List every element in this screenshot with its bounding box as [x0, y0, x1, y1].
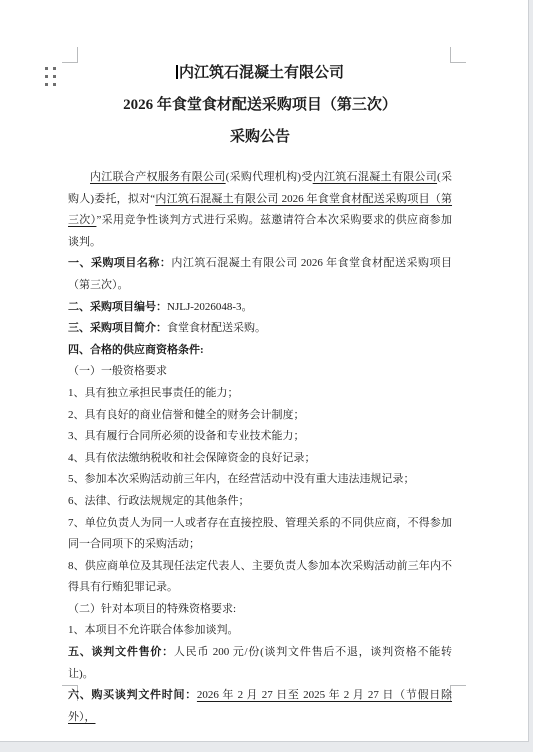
text-segment: 四、合格的供应商资格条件:: [68, 344, 204, 356]
paragraph: 六、购买谈判文件时间：2026 年 2 月 27 日至 2025 年 2 月 2…: [68, 685, 452, 728]
text-segment: （二）针对本项目的特殊资格要求:: [68, 603, 236, 615]
paragraph: 四、合格的供应商资格条件:: [68, 340, 452, 362]
text-segment: 内江联合产权服务有限公司: [90, 171, 226, 183]
text-segment: 3、具有履行合同所必须的设备和专业技术能力；: [68, 430, 305, 442]
paragraph: （二）针对本项目的特殊资格要求:: [68, 599, 452, 621]
text-cursor: [176, 65, 178, 79]
paragraph: （一）一般资格要求: [68, 361, 452, 383]
paragraph: 一、采购项目名称：内江筑石混凝土有限公司 2026 年食堂食材配送采购项目（第三…: [68, 253, 452, 296]
title-text: 2026 年食堂食材配送采购项目（第三次）: [123, 97, 397, 113]
text-segment: 六、购买谈判文件时间：: [68, 689, 197, 701]
text-segment: 4、具有依法缴纳税收和社会保障资金的良好记录；: [68, 452, 316, 464]
paragraph: 二、采购项目编号：NJLJ-2026048-3。: [68, 297, 452, 319]
paragraph: 2、具有良好的商业信誉和健全的财务会计制度；: [68, 405, 452, 427]
text-segment: ”采用竞争性谈判方式进行采购。兹邀请符合本次采购要求的供应商参加谈判。: [68, 214, 452, 248]
text-segment: 1、具有独立承担民事责任的能力；: [68, 387, 239, 399]
document-title-line-3: 采购公告: [68, 121, 452, 153]
text-segment: 5、参加本次采购活动前三年内，在经营活动中没有重大违法违规记录；: [68, 473, 415, 485]
document-page: 内江筑石混凝土有限公司 2026 年食堂食材配送采购项目（第三次） 采购公告 内…: [0, 0, 529, 742]
text-segment: 三、采购项目简介：: [68, 322, 167, 334]
paragraph: 1、本项目不允许联合体参加谈判。: [68, 620, 452, 642]
text-segment: 6、法律、行政法规规定的其他条件；: [68, 495, 250, 507]
paragraph: 1、具有独立承担民事责任的能力；: [68, 383, 452, 405]
text-segment: (采购代理机构)受: [226, 171, 313, 183]
text-segment: 8、供应商单位及其现任法定代表人、主要负责人参加本次采购活动前三年内不得具有行贿…: [68, 560, 452, 594]
paragraph: 8、供应商单位及其现任法定代表人、主要负责人参加本次采购活动前三年内不得具有行贿…: [68, 556, 452, 599]
text-segment: 2、具有良好的商业信誉和健全的财务会计制度；: [68, 409, 305, 421]
text-segment: （一）一般资格要求: [68, 365, 167, 377]
paragraph: 6、法律、行政法规规定的其他条件；: [68, 491, 452, 513]
drag-handle-dots-icon[interactable]: [45, 67, 56, 86]
text-segment: NJLJ-2026048-3。: [167, 301, 253, 313]
text-boundary-mark-top-right: [450, 47, 466, 63]
paragraph: 5、参加本次采购活动前三年内，在经营活动中没有重大违法违规记录；: [68, 469, 452, 491]
text-segment: 7、单位负责人为同一人或者存在直接控股、管理关系的不同供应商，不得参加同一合同项…: [68, 517, 452, 551]
paragraph: 五、谈判文件售价：人民币 200 元/份(谈判文件售后不退，谈判资格不能转让)。: [68, 642, 452, 685]
paragraph: 7、单位负责人为同一人或者存在直接控股、管理关系的不同供应商，不得参加同一合同项…: [68, 513, 452, 556]
paragraph: 3、具有履行合同所必须的设备和专业技术能力；: [68, 426, 452, 448]
title-text: 内江筑石混凝土有限公司: [179, 65, 344, 81]
document-title-line-1: 内江筑石混凝土有限公司: [68, 57, 452, 89]
text-segment: 内江筑石混凝土有限公司: [313, 171, 437, 183]
document-title-line-2: 2026 年食堂食材配送采购项目（第三次）: [68, 89, 452, 121]
text-segment: 二、采购项目编号：: [68, 301, 167, 313]
paragraph: 三、采购项目简介：食堂食材配送采购。: [68, 318, 452, 340]
text-segment: 1、本项目不允许联合体参加谈判。: [68, 624, 239, 636]
text-segment: 五、谈判文件售价：: [68, 646, 174, 658]
document-content: 内江筑石混凝土有限公司 2026 年食堂食材配送采购项目（第三次） 采购公告 内…: [68, 57, 452, 728]
text-segment: 食堂食材配送采购。: [167, 322, 266, 334]
text-boundary-mark-bottom-right: [450, 685, 466, 701]
paragraph: 内江联合产权服务有限公司(采购代理机构)受内江筑石混凝土有限公司(采购人)委托，…: [68, 167, 452, 253]
app-canvas: { "colors":{ "canvas-bg":"#e8eaed", "pag…: [0, 0, 533, 752]
paragraph: 4、具有依法缴纳税收和社会保障资金的良好记录；: [68, 448, 452, 470]
document-body: 内江联合产权服务有限公司(采购代理机构)受内江筑石混凝土有限公司(采购人)委托，…: [68, 167, 452, 728]
text-segment: 一、采购项目名称：: [68, 257, 171, 269]
title-text: 采购公告: [230, 129, 290, 145]
